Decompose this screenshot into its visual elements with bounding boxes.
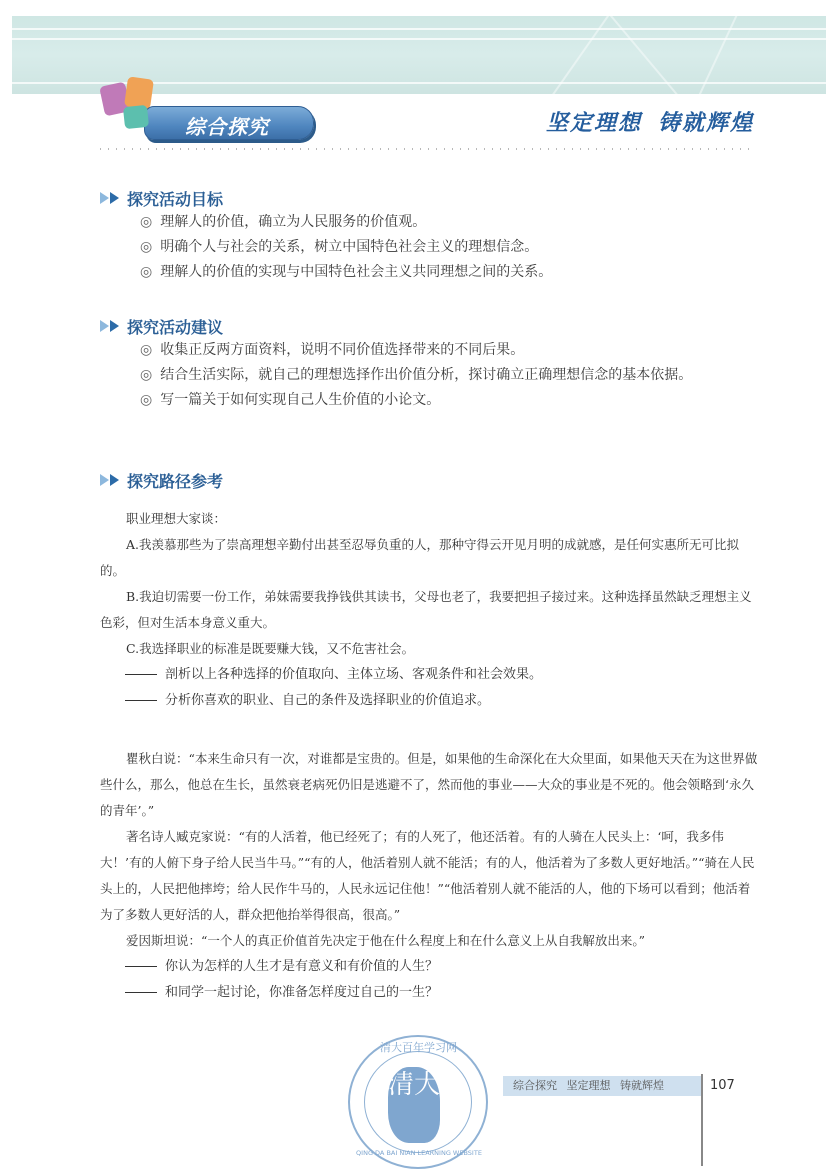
bullet-icon: ◎	[140, 392, 152, 408]
seal-bottom-text: QING DA BAI NIAN LEARNING WEBSITE	[354, 1149, 484, 1157]
arrow-icon	[100, 320, 109, 332]
section-badge: 综合探究	[100, 78, 320, 144]
dash-icon	[125, 700, 157, 701]
dotted-divider	[100, 148, 750, 150]
dash-icon	[125, 674, 157, 675]
quote-paragraph: 瞿秋白说：“本来生命只有一次，对谁都是宝贵的。但是，如果他的生命深化在大众里面，…	[100, 746, 760, 824]
list-item: ◎明确个人与社会的关系，树立中国特色社会主义的理想信念。	[100, 235, 760, 260]
badge-label: 综合探究	[185, 111, 269, 140]
arrow-icon	[110, 192, 119, 204]
arrow-icon	[110, 474, 119, 486]
intro-text: 职业理想大家谈：	[100, 506, 760, 532]
title-part-2: 铸就辉煌	[658, 111, 754, 136]
question-item: 和同学一起讨论，你准备怎样度过自己的一生？	[100, 980, 760, 1006]
section-title: 探究路径参考	[127, 469, 223, 492]
paragraph: B.我迫切需要一份工作，弟妹需要我挣钱供其读书，父母也老了，我要把担子接过来。这…	[100, 584, 760, 636]
bullet-icon: ◎	[140, 264, 152, 280]
bullet-icon: ◎	[140, 342, 152, 358]
badge-pill: 综合探究	[144, 106, 314, 140]
list-item: ◎收集正反两方面资料，说明不同价值选择带来的不同后果。	[100, 338, 760, 363]
paragraph: C.我选择职业的标准是既要赚大钱，又不危害社会。	[100, 636, 760, 662]
section-title: 探究活动建议	[127, 315, 223, 338]
seal-top-text: 清大百年学习网	[380, 1039, 457, 1055]
quote-paragraph: 爱因斯坦说：“一个人的真正价值首先决定于他在什么程度上和在什么意义上从自我解放出…	[100, 928, 760, 954]
title-part-1: 坚定理想	[546, 111, 642, 136]
question-item: 分析你喜欢的职业、自己的条件及选择职业的价值追求。	[100, 688, 760, 714]
bullet-icon: ◎	[140, 214, 152, 230]
arrow-icon	[100, 474, 109, 486]
question-item: 你认为怎样的人生才是有意义和有价值的人生？	[100, 954, 760, 980]
bullet-icon: ◎	[140, 239, 152, 255]
question-item: 剖析以上各种选择的价值取向、主体立场、客观条件和社会效果。	[100, 662, 760, 688]
dash-icon	[125, 992, 157, 993]
dash-icon	[125, 966, 157, 967]
section-path-reference: 探究路径参考 职业理想大家谈： A.我羡慕那些为了崇高理想辛勤付出甚至忍辱负重的…	[100, 468, 760, 1006]
list-item: ◎写一篇关于如何实现自己人生价值的小论文。	[100, 388, 760, 413]
paragraph: A.我羡慕那些为了崇高理想辛勤付出甚至忍辱负重的人，那种守得云开见月明的成就感，…	[100, 532, 760, 584]
quote-paragraph: 著名诗人臧克家说：“有的人活着，他已经死了；有的人死了，他还活着。有的人骑在人民…	[100, 824, 760, 928]
list-item: ◎理解人的价值，确立为人民服务的价值观。	[100, 210, 760, 235]
arrow-icon	[110, 320, 119, 332]
section-title: 探究活动目标	[127, 187, 223, 210]
seal-stone-icon: 清大	[388, 1067, 440, 1143]
list-item: ◎结合生活实际，就自己的理想选择作出价值分析，探讨确立正确理想信念的基本依据。	[100, 363, 760, 388]
banner-stripe	[12, 38, 826, 40]
section-heading: 探究活动建议	[100, 314, 760, 338]
list-item: ◎理解人的价值的实现与中国特色社会主义共同理想之间的关系。	[100, 260, 760, 285]
running-footer: 综合探究 坚定理想 铸就辉煌	[503, 1076, 701, 1096]
puzzle-piece-icon	[123, 105, 149, 129]
page-number: 107	[710, 1078, 735, 1093]
section-suggestions: 探究活动建议 ◎收集正反两方面资料，说明不同价值选择带来的不同后果。 ◎结合生活…	[100, 314, 760, 413]
watermark-seal: 清大 清大百年学习网 QING DA BAI NIAN LEARNING WEB…	[348, 1035, 488, 1169]
page-title: 坚定理想铸就辉煌	[546, 106, 754, 137]
bullet-icon: ◎	[140, 367, 152, 383]
arrow-icon	[100, 192, 109, 204]
section-heading: 探究活动目标	[100, 186, 760, 210]
footer-divider	[701, 1074, 703, 1166]
banner-stripe	[12, 28, 826, 30]
section-heading: 探究路径参考	[100, 468, 760, 492]
section-goals: 探究活动目标 ◎理解人的价值，确立为人民服务的价值观。 ◎明确个人与社会的关系，…	[100, 186, 760, 285]
